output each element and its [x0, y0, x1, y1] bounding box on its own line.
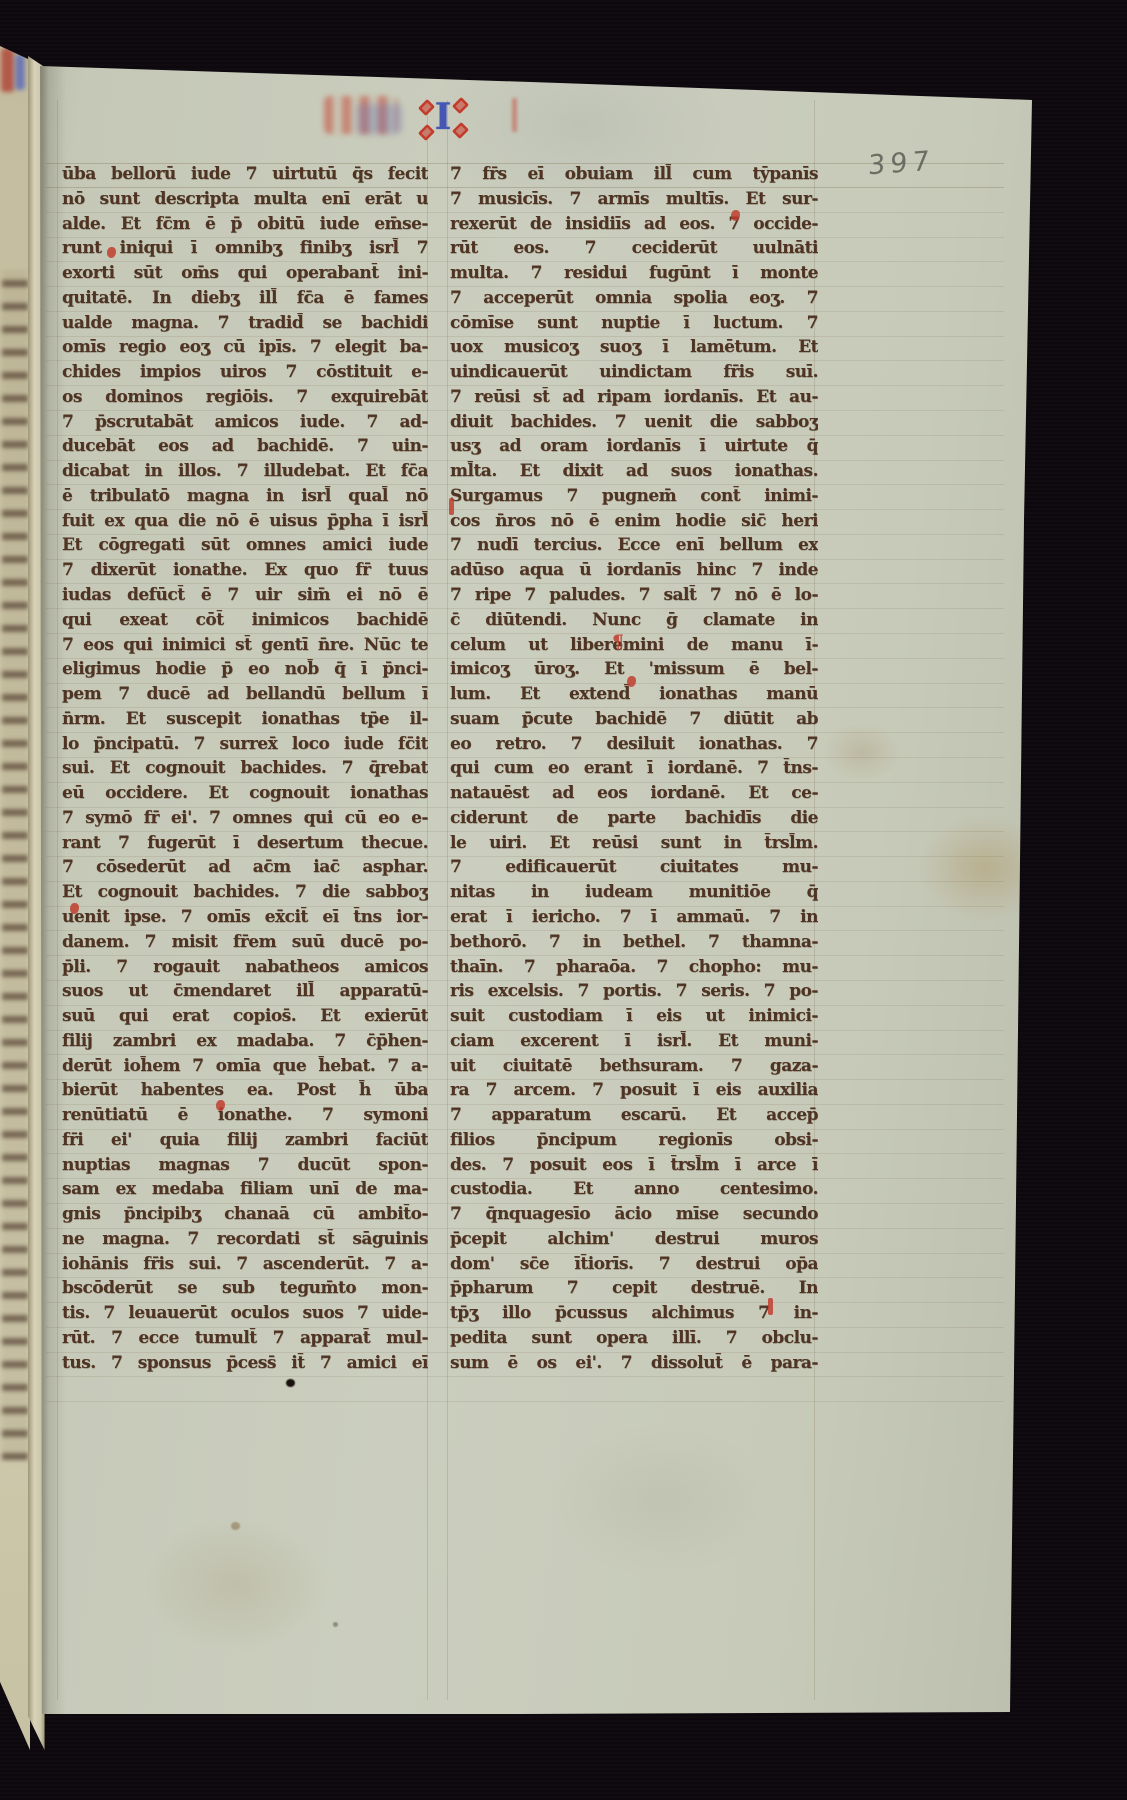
- previous-page-edge: [0, 46, 30, 1750]
- rubric-mark: [449, 498, 454, 515]
- running-header-red-flourish: [512, 98, 517, 132]
- text-line: suam p̄cute bachidē 7 diūtit ab: [450, 709, 818, 734]
- text-line: pedita sunt opera illī. 7 obclu-: [450, 1328, 818, 1353]
- text-line: ciam excerent ī isrl̄. Et muni-: [450, 1031, 818, 1056]
- text-line: ne magna. 7 recordati st̄ sāguinis: [62, 1229, 428, 1254]
- text-line: fr̄i ei' quia filij zambri faciūt: [62, 1130, 428, 1155]
- text-line: 7 edificauerūt ciuitates mu-: [450, 857, 818, 882]
- text-line: suū qui erat copios̄. Et exierūt: [62, 1006, 428, 1031]
- text-line: suit custodiam ī eis ut inimici-: [450, 1006, 818, 1031]
- text-line: natauēst ad eos iordanē. Et ce-: [450, 783, 818, 808]
- text-line: uenit ipse. 7 omīs ex̄cit̄ eī t̄ns ior-: [62, 907, 428, 932]
- text-line: danem. 7 misit fr̄em suū ducē po-: [62, 932, 428, 957]
- text-line: tus. 7 sponsus p̄cess̄ it̄ 7 amici eī: [62, 1353, 428, 1378]
- text-line: ducebāt eos ad bachidē. 7 uin-: [62, 436, 428, 461]
- text-line: erat ī iericho. 7 ī ammaū. 7 in: [450, 907, 818, 932]
- text-line: ra 7 arcem. 7 posuit ī eis auxilia: [450, 1080, 818, 1105]
- text-line: tis. 7 leuauerūt oculos suos 7 uide-: [62, 1303, 428, 1328]
- parchment-page: I 397 ūba bellorū iude 7 uirtutū q̄s fec…: [0, 0, 1127, 1800]
- text-line: quitatē. In diebʒ ill̄ fc̄a ē fames: [62, 288, 428, 313]
- folio-number: 397: [868, 146, 935, 182]
- rule-line: [46, 1401, 1004, 1402]
- previous-header-blue-mark: [15, 54, 25, 90]
- text-line: custodia. Et anno centesimo.: [450, 1179, 818, 1204]
- text-line: renūtiatū ē ionathe. 7 symoni: [62, 1105, 428, 1130]
- text-line: exorti sūt om̄s qui operabant̄ ini-: [62, 263, 428, 288]
- text-line: 7 apparatum escarū. Et accep̄: [450, 1105, 818, 1130]
- text-line: Et cōgregati sūt omnes amici iude: [62, 535, 428, 560]
- text-line: Et cognouit bachides. 7 die sabboʒ: [62, 882, 428, 907]
- text-line: 7 nudī tercius. Ecce enī bellum ex: [450, 535, 818, 560]
- text-line: rūt. 7 ecce tumult̄ 7 apparat̄ mul-: [62, 1328, 428, 1353]
- text-line: derūt ioh̄em 7 omīa que h̄ebat. 7 a-: [62, 1056, 428, 1081]
- text-line: ris excelsis. 7 portis. 7 seris. 7 po-: [450, 981, 818, 1006]
- text-line: nitas in iudeam munitiōe q̄: [450, 882, 818, 907]
- text-line: rūt eos. 7 ceciderūt uulnāti: [450, 238, 818, 263]
- text-line: uindicauerūt uindictam fr̄is suī.: [450, 362, 818, 387]
- text-line: 7 fr̄s eī obuiam ill̄ cum tȳpanīs: [450, 164, 818, 189]
- text-line: sam ex medaba filiam unī de ma-: [62, 1179, 428, 1204]
- text-column-left: ūba bellorū iude 7 uirtutū q̄s fecitnō s…: [62, 164, 428, 1378]
- text-line: 7 q̄nquagesīo ācio mīse secundo: [450, 1204, 818, 1229]
- text-line: nō sunt descripta multa enī erāt u: [62, 189, 428, 214]
- text-line: sui. Et cognouit bachides. 7 q̄rebat: [62, 758, 428, 783]
- text-line: os dominos regiōis. 7 exquirebāt: [62, 387, 428, 412]
- text-line: eū occidere. Et cognouit ionathas: [62, 783, 428, 808]
- text-line: filios p̄ncipum regionīs obsi-: [450, 1130, 818, 1155]
- text-line: ciderunt de parte bachidīs die: [450, 808, 818, 833]
- text-line: multa. 7 residui fugūnt ī monte: [450, 263, 818, 288]
- text-line: bethorō. 7 in bethel. 7 thamna-: [450, 932, 818, 957]
- text-line: runt iniqui ī omnibʒ finibʒ isrl̄ 7: [62, 238, 428, 263]
- text-line: n̄rm. Et suscepit ionathas tp̄e il-: [62, 709, 428, 734]
- manuscript-photo: I 397 ūba bellorū iude 7 uirtutū q̄s fec…: [0, 0, 1127, 1800]
- text-line: 7 eos qui inimici st̄ gentī n̄re. Nūc te: [62, 635, 428, 660]
- parchment-stain-dot: [231, 1522, 240, 1530]
- text-line: 7 acceperūt omnia spolia eoʒ. 7: [450, 288, 818, 313]
- text-line: p̄cepit alchim' destrui muros: [450, 1229, 818, 1254]
- text-line: cōmīse sunt nuptie ī luctum. 7: [450, 313, 818, 338]
- text-line: Surgamus 7 pugnem̄ cont̄ inimi-: [450, 486, 818, 511]
- text-line: bscōderūt se sub tegum̄to mon-: [62, 1278, 428, 1303]
- text-line: des. 7 posuit eos ī t̄rsl̄m ī arce ī: [450, 1155, 818, 1180]
- text-line: qui cum eo erant ī iordanē. 7 t̄ns-: [450, 758, 818, 783]
- text-line: filij zambri ex madaba. 7 c̄p̄hen-: [62, 1031, 428, 1056]
- rule-line: [447, 100, 448, 1700]
- text-line: 7 symō fr̄ ei'. 7 omnes qui cū eo e-: [62, 808, 428, 833]
- text-line: suos ut c̄mendaret ill̄ apparatū-: [62, 981, 428, 1006]
- text-line: alde. Et fc̄m ē p̄ obitū iude em̄se-: [62, 214, 428, 239]
- text-line: ē tribulatō magna in isrl̄ qual̄ nō: [62, 486, 428, 511]
- parchment-stain-dot: [333, 1622, 338, 1627]
- text-line: nuptias magnas 7 ducūt spon-: [62, 1155, 428, 1180]
- text-line: tp̄ʒ illo p̄cussus alchimus 7 in-: [450, 1303, 818, 1328]
- text-line: uit ciuitatē bethsuram. 7 gaza-: [450, 1056, 818, 1081]
- text-line: sum ē os ei'. 7 dissolut̄ ē para-: [450, 1353, 818, 1378]
- text-line: bierūt habentes ea. Post h̄ ūba: [62, 1080, 428, 1105]
- text-line: dicabat in illos. 7 illudebat. Et fc̄a: [62, 461, 428, 486]
- text-line: ūba bellorū iude 7 uirtutū q̄s fecit: [62, 164, 428, 189]
- rubric-mark: ¶: [612, 631, 624, 653]
- text-line: lum. Et extend̄ ionathas manū: [450, 684, 818, 709]
- previous-page-blurred-text: [2, 270, 28, 1460]
- text-line: uox musicoʒ suoʒ ī lamētum. Et: [450, 337, 818, 362]
- text-line: iudas defūct̄ ē 7 uir sim̄ ei nō ē: [62, 585, 428, 610]
- text-line: adūso aqua ū iordanīs hinc 7 inde: [450, 560, 818, 585]
- rubric-mark: [768, 1298, 773, 1315]
- text-line: thaīn. 7 pharaōa. 7 chopho: mu-: [450, 957, 818, 982]
- text-line: pem 7 ducē ad bellandū bellum ī: [62, 684, 428, 709]
- text-line: usʒ ad oram iordanīs ī uirtute q̄: [450, 436, 818, 461]
- text-line: diuit bachides. 7 uenit die sabboʒ: [450, 412, 818, 437]
- text-column-right: 7 fr̄s eī obuiam ill̄ cum tȳpanīs7 music…: [450, 164, 818, 1378]
- text-line: 7 cōsederūt ad ac̄m iac̄ asphar.: [62, 857, 428, 882]
- text-line: lo p̄ncipatū. 7 surrex̄ loco iude fc̄it: [62, 734, 428, 759]
- rule-line: [57, 100, 58, 1700]
- text-line: iohānis fr̄is sui. 7 ascenderūt. 7 a-: [62, 1254, 428, 1279]
- text-line: celum ut liberemini de manu ī-: [450, 635, 818, 660]
- previous-header-red-mark: [1, 48, 14, 92]
- running-header-blue-offset: [356, 104, 402, 134]
- text-line: chides impios uiros 7 cōstituit e-: [62, 362, 428, 387]
- text-line: 7 reūsi st̄ ad ripam iordanīs. Et au-: [450, 387, 818, 412]
- text-line: 7 dixerūt ionathe. Ex quo fr̄ tuus: [62, 560, 428, 585]
- text-line: rant 7 fugerūt ī desertum thecue.: [62, 833, 428, 858]
- text-line: fuit ex qua die nō ē uisus p̄pha ī isrl̄: [62, 511, 428, 536]
- text-line: 7 ripe 7 paludes. 7 salt̄ 7 nō ē lo-: [450, 585, 818, 610]
- text-line: eligimus hodie p̄ eo nob̄ q̄ ī p̄nci-: [62, 659, 428, 684]
- text-line: ualde magna. 7 tradid̄ se bachidi: [62, 313, 428, 338]
- text-line: qui exeat cōt̄ inimicos bachidē: [62, 610, 428, 635]
- text-line: ml̄ta. Et dixit ad suos ionathas.: [450, 461, 818, 486]
- text-line: eo retro. 7 desiluit ionathas. 7: [450, 734, 818, 759]
- text-line: c̄ diūtendi. Nunc ḡ clamate in: [450, 610, 818, 635]
- text-line: omīs regio eoʒ cū ipīs. 7 elegit ba-: [62, 337, 428, 362]
- text-line: 7 musicīs. 7 armīs multīs. Et sur-: [450, 189, 818, 214]
- text-line: cos n̄ros nō ē enim hodie sic̄ heri: [450, 511, 818, 536]
- text-line: p̄pharum 7 cepit destruē. In: [450, 1278, 818, 1303]
- text-line: 7 p̄scrutabāt amicos iude. 7 ad-: [62, 412, 428, 437]
- text-line: p̄li. 7 rogauit nabatheos amicos: [62, 957, 428, 982]
- text-line: dom' sc̄e īt̄iorīs. 7 destrui op̄a: [450, 1254, 818, 1279]
- text-line: le uiri. Et reūsi sunt in t̄rsl̄m.: [450, 833, 818, 858]
- text-line: gnis p̄ncipibʒ chanaā cū ambit̄o-: [62, 1204, 428, 1229]
- text-line: rexerūt de insidiīs ad eos. 7 occide-: [450, 214, 818, 239]
- parchment-hole: [286, 1379, 295, 1387]
